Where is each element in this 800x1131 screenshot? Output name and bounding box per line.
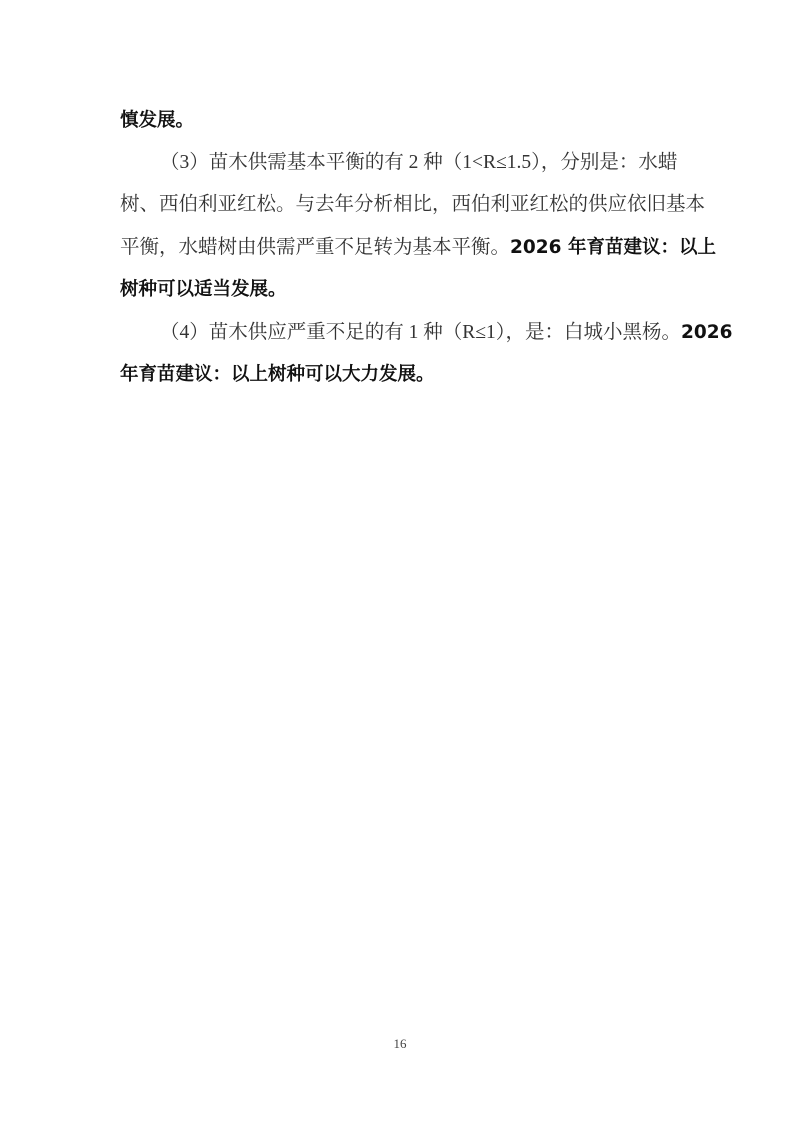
recommendation-text: 树种可以适当发展。 [120, 279, 287, 300]
recommendation-text: 2026 年育苗建议：以上 [510, 237, 716, 258]
page-number: 16 [0, 1036, 800, 1052]
paragraph-3-line-1: （3）苗木供需基本平衡的有 2 种（1<R≤1.5），分别是：水蜡 [160, 142, 682, 184]
paragraph-line: 慎发展。 [120, 100, 194, 142]
paragraph-4-line-1: （4）苗木供应严重不足的有 1 种（R≤1），是：白城小黑杨。2026 [160, 312, 682, 354]
body-text: （4）苗木供应严重不足的有 1 种（R≤1），是：白城小黑杨。 [160, 322, 681, 343]
bold-text: 慎发展。 [120, 110, 194, 131]
body-text: 平衡，水蜡树由供需严重不足转为基本平衡。 [120, 237, 510, 258]
body-text: 树、西伯利亚红松。与去年分析相比，西伯利亚红松的供应依旧基本 [120, 194, 705, 215]
document-page: 慎发展。 （3）苗木供需基本平衡的有 2 种（1<R≤1.5），分别是：水蜡 树… [0, 0, 800, 1131]
recommendation-text: 年育苗建议：以上树种可以大力发展。 [120, 364, 435, 385]
paragraph-3-line-2: 树、西伯利亚红松。与去年分析相比，西伯利亚红松的供应依旧基本 [120, 184, 705, 226]
recommendation-text: 2026 [681, 322, 733, 343]
paragraph-4-line-2: 年育苗建议：以上树种可以大力发展。 [120, 354, 435, 396]
paragraph-3-line-3: 平衡，水蜡树由供需严重不足转为基本平衡。2026 年育苗建议：以上 [120, 227, 716, 269]
body-text: （3）苗木供需基本平衡的有 2 种（1<R≤1.5），分别是：水蜡 [160, 152, 677, 173]
paragraph-3-line-4: 树种可以适当发展。 [120, 269, 287, 311]
